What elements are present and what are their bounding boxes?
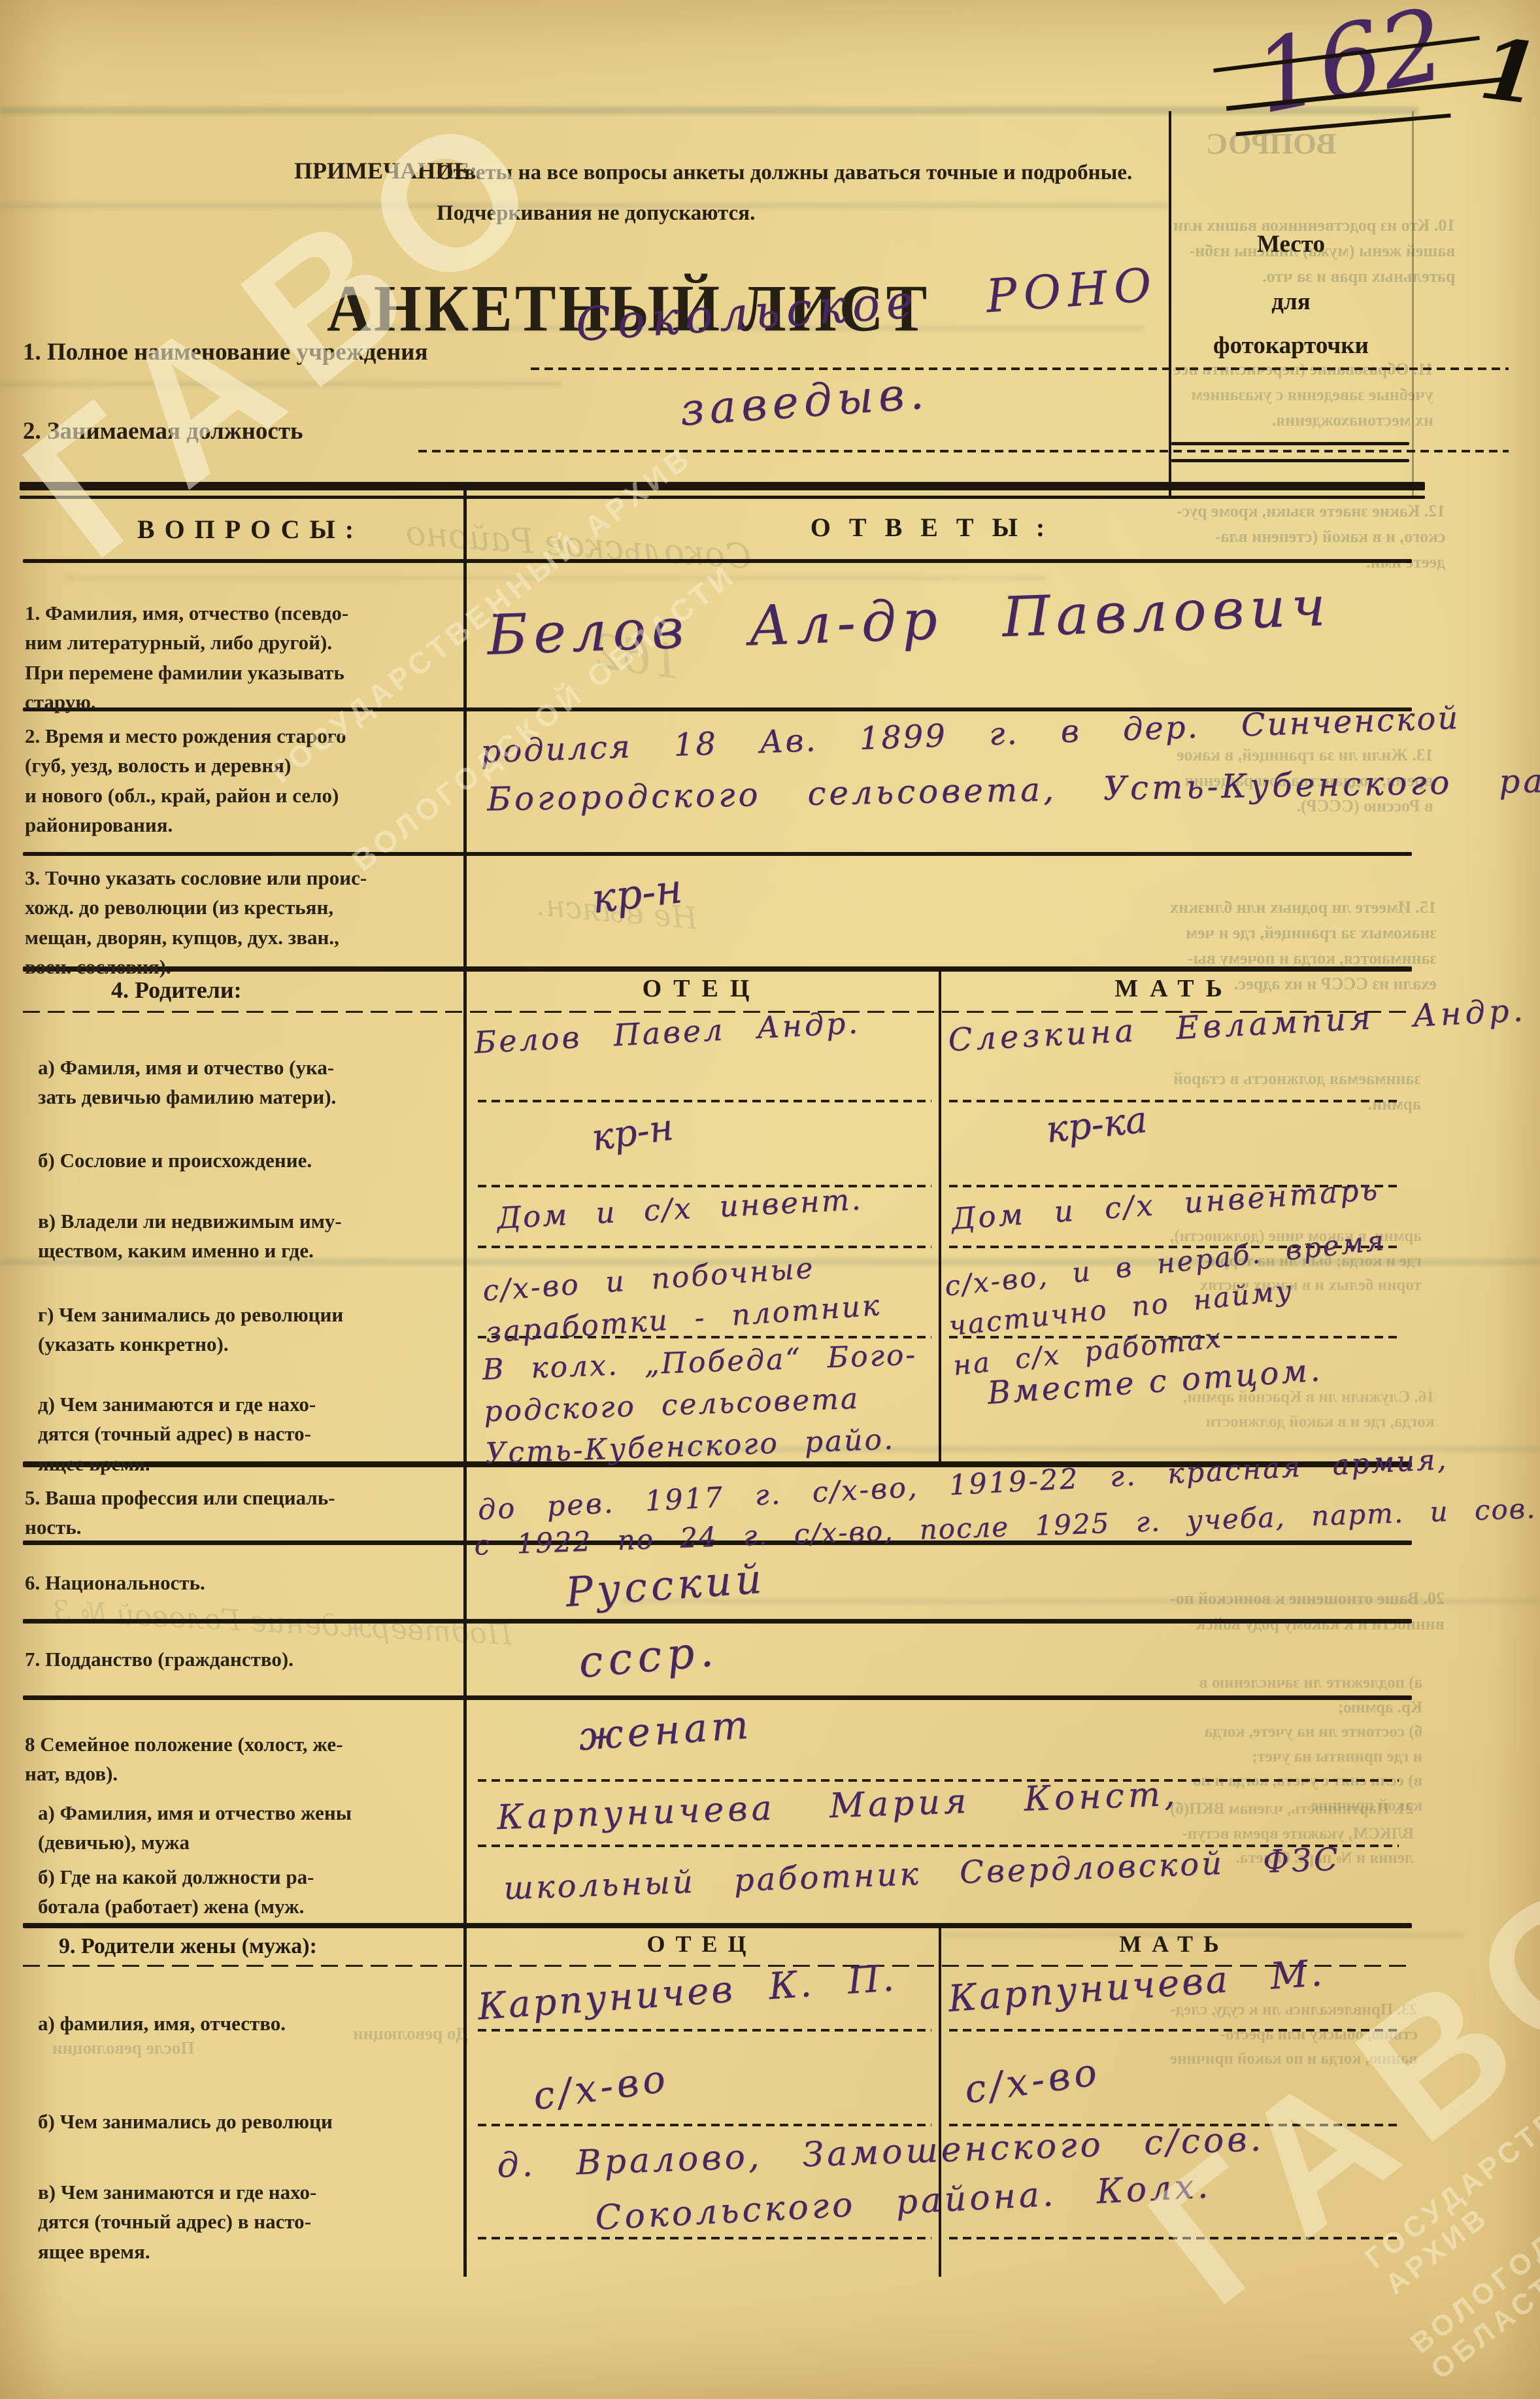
institution-field-rule bbox=[531, 367, 1509, 370]
question-6-label: 6. Национальность. bbox=[25, 1568, 456, 1597]
question-8-label: 8 Семейное положение (холост, же- нат, в… bbox=[25, 1729, 456, 1789]
question-4g-label: г) Чем занимались до революции (указать … bbox=[38, 1300, 456, 1359]
cell-rule bbox=[478, 2124, 931, 2126]
question-4v-label: в) Владели ли недвижимым иму- ществом, к… bbox=[38, 1206, 456, 1266]
answers-column-header: ОТВЕТЫ: bbox=[465, 512, 1409, 543]
question-4a-label: а) Фамиля, имя и отчество (ука- зать дев… bbox=[38, 1053, 456, 1112]
institution-field-label: 1. Полное наименование учреждения bbox=[23, 338, 427, 366]
header-row-border bbox=[23, 559, 1412, 563]
cell-rule bbox=[478, 2029, 931, 2032]
question-4d-label: д) Чем занимаются и где нахо- дятся (точ… bbox=[38, 1389, 456, 1478]
father-column-header: ОТЕЦ bbox=[465, 974, 939, 1003]
scanned-questionnaire-page: ВОПРОС10. Кто из родственников ваших или… bbox=[0, 0, 1540, 2399]
cell-rule bbox=[478, 1185, 931, 1187]
cell-rule bbox=[949, 1100, 1400, 1102]
question-1-label: 1. Фамилия, имя, отчество (псевдо- ним л… bbox=[25, 598, 456, 717]
table-main-divider bbox=[463, 482, 467, 2277]
questions-column-header: ВОПРОСЫ: bbox=[36, 514, 465, 545]
row-border-q7 bbox=[23, 1695, 1412, 1700]
row-border-q8 bbox=[23, 1923, 1412, 1928]
answer-4d-father: В колх. „Победа“ Бого- родского сельсове… bbox=[482, 1334, 921, 1474]
photo-box-underline bbox=[1171, 459, 1409, 462]
mother9-column-header: МАТЬ bbox=[940, 1930, 1409, 1958]
note-text-line2: Подчеркивания не допускаются. bbox=[437, 201, 755, 226]
photo-box-line3: фотокарточки bbox=[1171, 332, 1411, 360]
question-5-label: 5. Ваша профессия или специаль- ность. bbox=[25, 1483, 456, 1542]
verso-bleedthrough-text: а) подлежите ли зачислению в Кр. армию; … bbox=[1193, 1671, 1422, 1818]
position-field-label: 2. Занимаемая должность bbox=[23, 417, 303, 445]
question-8a-label: а) Фамилия, имя и отчество жены (девичью… bbox=[38, 1798, 456, 1858]
verso-bleedthrough-text: занимаемая должность в старой армии. bbox=[1173, 1066, 1421, 1117]
question-9b-label: б) Чем занимались до революци bbox=[38, 2107, 456, 2136]
photo-box-underline bbox=[1171, 442, 1409, 445]
verso-bleedthrough-text: 20. Ваше отношение к воинской по- виннос… bbox=[1170, 1586, 1445, 1637]
question-9v-label: в) Чем занимаются и где нахо- дятся (точ… bbox=[38, 2177, 456, 2266]
cell-rule bbox=[478, 1100, 931, 1102]
parents-column-divider bbox=[939, 966, 941, 1465]
note-text-line1: Ответы на все вопросы анкеты должны дава… bbox=[437, 161, 1132, 185]
row-border-q2 bbox=[23, 852, 1412, 856]
father9-column-header: ОТЕЦ bbox=[465, 1930, 939, 1958]
row-border-q6 bbox=[23, 1619, 1412, 1624]
cell-rule bbox=[949, 2029, 1400, 2032]
question-9a-label: а) фамилия, имя, отчество. bbox=[38, 2009, 456, 2038]
verso-bleedthrough-text: 23. Привлекались ли к суду, след- ствию,… bbox=[1170, 1998, 1418, 2071]
question-7-label: 7. Подданство (гражданство). bbox=[25, 1644, 456, 1674]
verso-bleedthrough-text: После революции bbox=[52, 2035, 194, 2062]
question-2-label: 2. Время и место рождения старого (губ, … bbox=[25, 721, 456, 840]
cell-rule bbox=[949, 2237, 1400, 2239]
position-field-rule bbox=[418, 450, 1509, 452]
mother-column-header: МАТЬ bbox=[940, 974, 1409, 1003]
parents9-column-divider bbox=[939, 1923, 941, 2277]
question-8b-label: б) Где на какой должности ра- ботала (ра… bbox=[38, 1862, 456, 1922]
section-4-label: 4. Родители: bbox=[59, 976, 399, 1004]
page-number: 1 bbox=[1475, 20, 1540, 124]
photo-box-line1: Место bbox=[1171, 230, 1411, 258]
cell-rule bbox=[478, 1779, 1399, 1782]
question-3-label: 3. Точно указать сословие или проис- хож… bbox=[25, 863, 456, 981]
cell-rule bbox=[478, 2237, 931, 2239]
photo-box-label: Место для фотокарточки bbox=[1171, 230, 1411, 360]
photo-box-right-border bbox=[1412, 111, 1414, 496]
table-top-border-inner bbox=[20, 496, 1425, 499]
photo-box-line2: для bbox=[1171, 288, 1411, 316]
section-9-label: 9. Родители жены (мужа): bbox=[59, 1934, 425, 1959]
table-top-border bbox=[20, 482, 1425, 490]
question-4b-label: б) Сословие и происхождение. bbox=[38, 1146, 456, 1175]
